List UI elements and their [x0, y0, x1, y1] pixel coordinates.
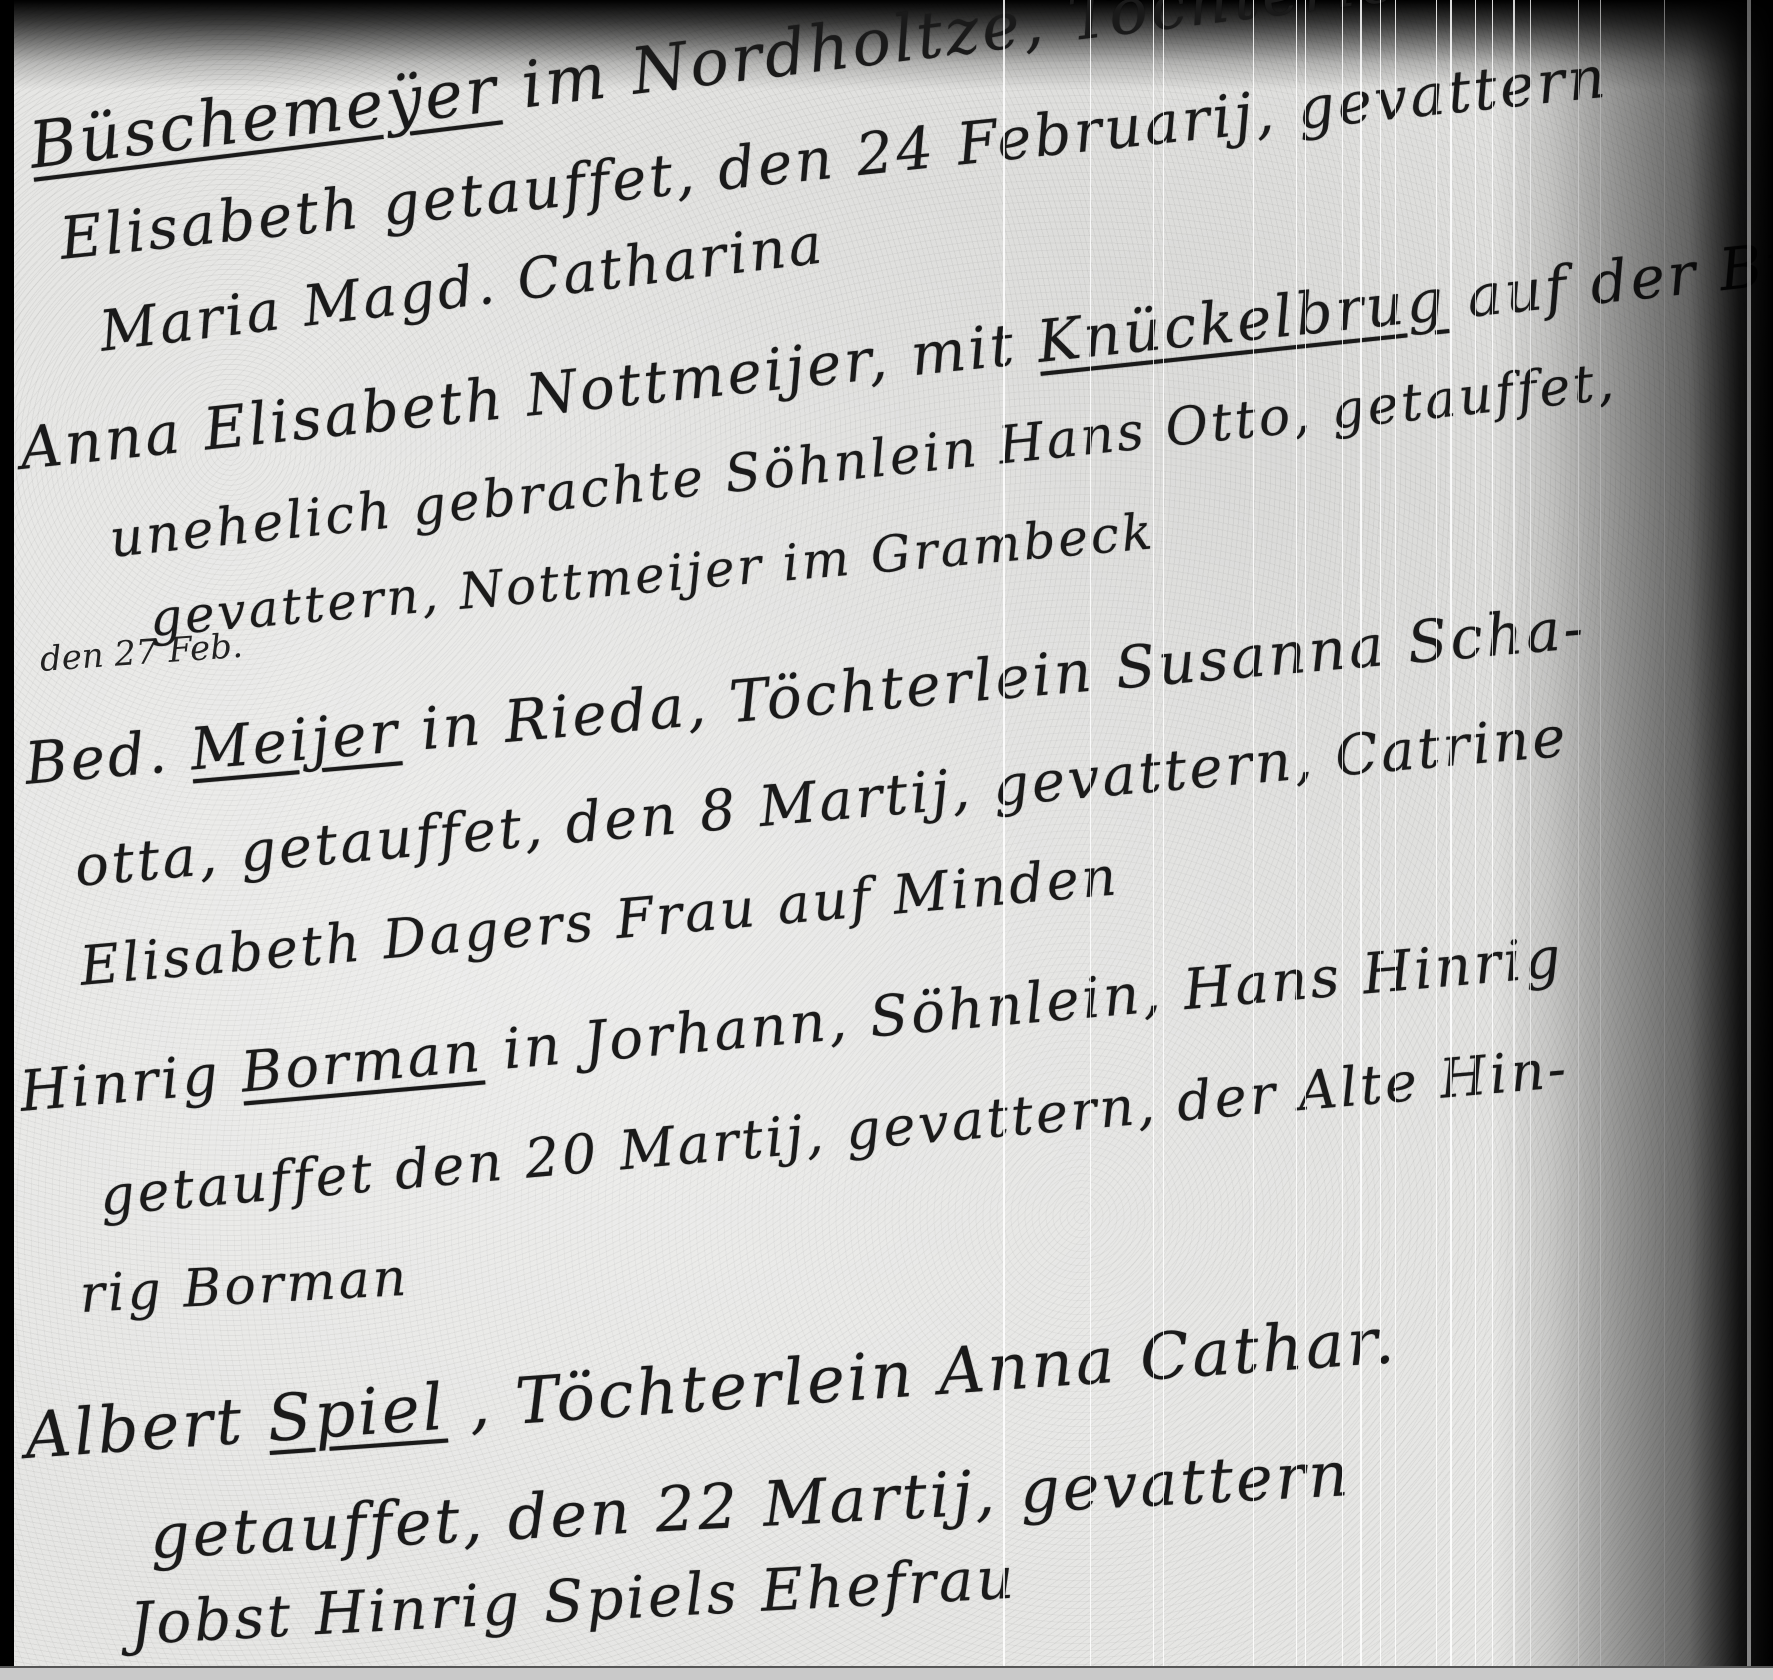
entry-5-underlined: Spiel — [265, 1371, 448, 1457]
entry-4-given: Hinrig — [17, 1041, 244, 1125]
book-gutter-shadow — [1493, 0, 1773, 1666]
entry-3-underlined: Meijer — [187, 697, 402, 783]
entry-3-prefix: Bed. — [22, 716, 193, 798]
entry-4-underlined: Borman — [238, 1020, 485, 1106]
scanned-page: Büschemeÿer im Nordholtze, Töchterlein C… — [0, 0, 1773, 1666]
entry-2-underlined: Knückelbrug — [1034, 265, 1450, 376]
entry-5-line-2: getauffet, den 22 Martij, gevattern — [148, 1437, 1353, 1573]
entry-1-surname: Büschemeÿer — [25, 53, 503, 184]
entry-4-line-3: rig Borman — [78, 1248, 410, 1325]
page-edge — [1747, 0, 1751, 1666]
entry-5-given: Albert — [22, 1383, 270, 1474]
bottom-bar — [0, 1666, 1773, 1680]
entry-5-line-1-rest: , Töchterlein Anna Cathar. — [466, 1304, 1399, 1443]
